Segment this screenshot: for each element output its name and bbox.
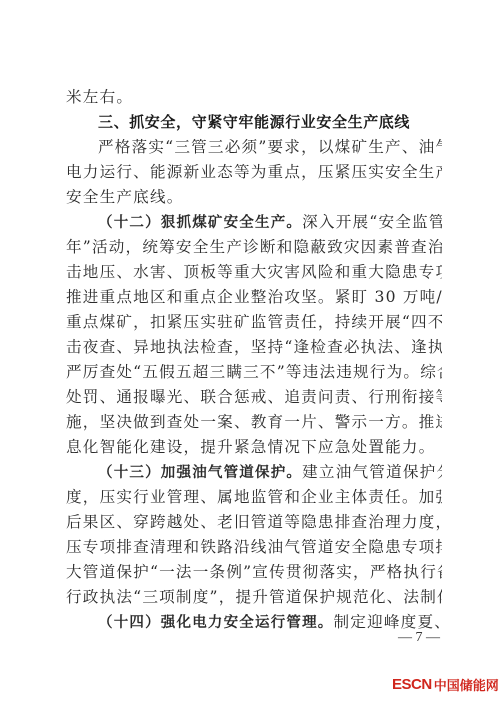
- line-text: 深入开展“安全监管效能提升: [302, 213, 442, 231]
- paragraph-line: 米左右。: [66, 85, 442, 110]
- paragraph-line: 电力运行、能源新业态等为重点，压紧压实安全生产责任，守牢: [66, 160, 442, 185]
- paragraph-line: （十二）狠抓煤矿安全生产。深入开展“安全监管效能提升: [66, 210, 442, 235]
- paragraph-line: 压专项排查清理和铁路沿线油气管道安全隐患专项排查整治。加: [66, 535, 442, 560]
- line-text: 制定迎峰度夏、度冬和重: [334, 613, 443, 631]
- paragraph-line: 度，压实行业管理、属地监管和企业主体责任。加强油气管道高: [66, 485, 442, 510]
- section-heading: 三、抓安全，守紧守牢能源行业安全生产底线: [66, 110, 442, 135]
- paragraph-line: 击夜查、异地执法检查，坚持“逢检查必执法、逢执法必从严”，: [66, 335, 442, 360]
- paragraph-line: 推进重点地区和重点企业整治攻坚。紧盯 30 万吨/年和高风险等: [66, 285, 442, 310]
- paragraph-line: 年”活动，统筹安全生产诊断和隐蔽致灾因素普查治理，深化冲: [66, 235, 442, 260]
- paragraph-line: 后果区、穿跨越处、老旧管道等隐患排查治理力度，组织开展占: [66, 510, 442, 535]
- logo-en: ESCN: [392, 676, 432, 693]
- paragraph-line: 行政执法“三项制度”，提升管道保护规范化、法制化水平。: [66, 585, 442, 610]
- line-text: 建立油气管道保护分级管理制: [302, 463, 442, 481]
- paragraph-line: 大管道保护“一法一条例”宣传贯彻落实，严格执行备案、审批、: [66, 560, 442, 585]
- paragraph-line: （十三）加强油气管道保护。建立油气管道保护分级管理制: [66, 460, 442, 485]
- paragraph-line: 息化智能化建设，提升紧急情况下应急处置能力。: [66, 435, 442, 460]
- subsection-title: （十四）强化电力安全运行管理。: [98, 615, 334, 631]
- paragraph-line: 严格落实“三管三必须”要求，以煤矿生产、油气管道保护、: [66, 135, 442, 160]
- paragraph-line: 安全生产底线。: [66, 185, 442, 210]
- paragraph-line: 重点煤矿，扣紧压实驻矿监管责任，持续开展“四不两直”、突: [66, 310, 442, 335]
- paragraph-line: （十四）强化电力安全运行管理。制定迎峰度夏、度冬和重: [66, 610, 442, 635]
- logo-cn: 中国储能网: [434, 675, 499, 694]
- escn-logo: ESCN 中国储能网: [392, 675, 499, 693]
- paragraph-line: 施，坚决做到查处一案、教育一片、警示一方。推进安全监管信: [66, 410, 442, 435]
- subsection-title: （十三）加强油气管道保护。: [98, 465, 302, 481]
- document-page: 米左右。三、抓安全，守紧守牢能源行业安全生产底线严格落实“三管三必须”要求，以煤…: [0, 0, 500, 706]
- paragraph-line: 严厉查处“五假五超三瞒三不”等违法违规行为。综合运用行政: [66, 360, 442, 385]
- paragraph-line: 处罚、通报曝光、联合惩戒、追责问责、行刑衔接等处罚处置措: [66, 385, 442, 410]
- subsection-title: （十二）狠抓煤矿安全生产。: [98, 215, 302, 231]
- paragraph-line: 击地压、水害、顶板等重大灾害风险和重大隐患专项治理，扎实: [66, 260, 442, 285]
- page-number: — 7 —: [394, 630, 444, 646]
- document-body: 米左右。三、抓安全，守紧守牢能源行业安全生产底线严格落实“三管三必须”要求，以煤…: [66, 85, 442, 635]
